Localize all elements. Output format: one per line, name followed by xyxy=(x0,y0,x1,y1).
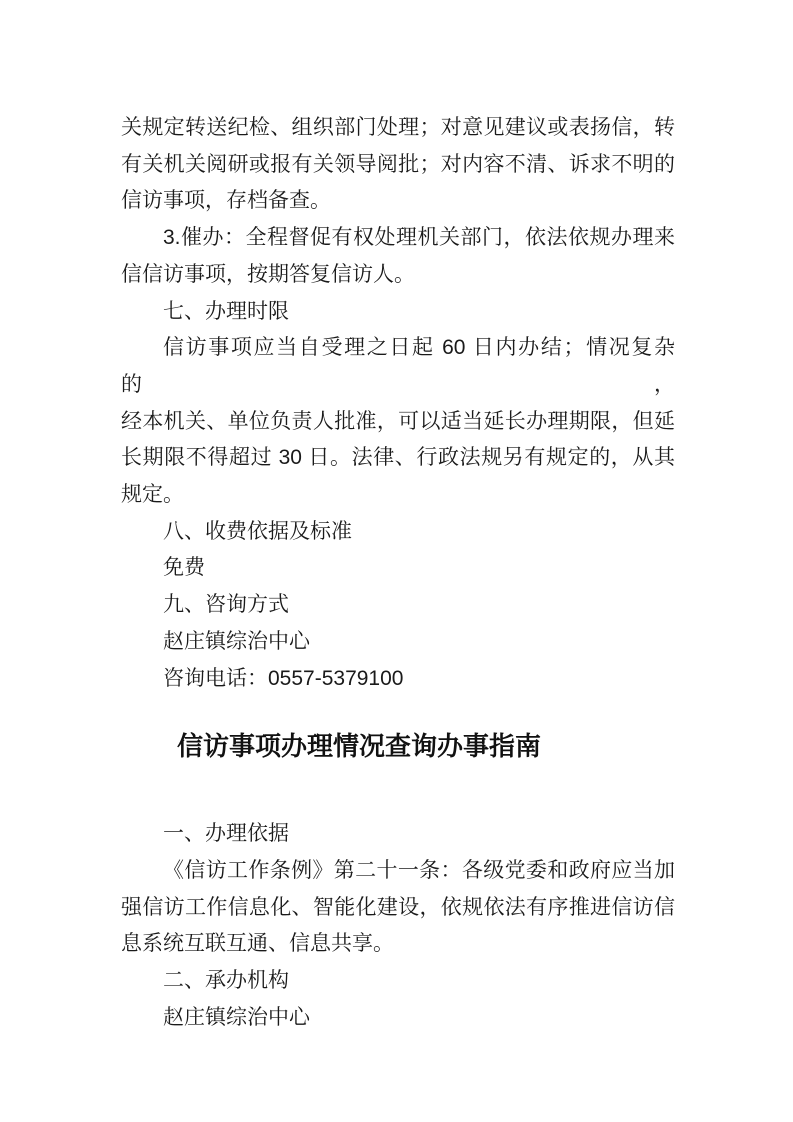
text-line: 二、承办机构 xyxy=(121,963,675,1000)
document-content: 关规定转送纪检、组织部门处理；对意见建议或表扬信，转有关机关阅研或报有关领导阅批… xyxy=(121,110,675,1036)
paragraph: 八、收费依据及标准 xyxy=(121,514,675,551)
paragraph: 九、咨询方式 xyxy=(121,587,675,624)
text-line: 七、办理时限 xyxy=(121,294,675,331)
text-line: 免费 xyxy=(121,550,675,587)
paragraph: 信访事项应当自受理之日起 60 日内办结；情况复杂的，经本机关、单位负责人批准，… xyxy=(121,330,675,514)
text-line: 信信访事项，按期答复信访人。 xyxy=(121,257,675,294)
text-line: 九、咨询方式 xyxy=(121,587,675,624)
paragraph: 免费 xyxy=(121,550,675,587)
paragraph: 二、承办机构 xyxy=(121,963,675,1000)
text-line: 长期限不得超过 30 日。法律、行政法规另有规定的，从其 xyxy=(121,440,675,477)
text-line: 关规定转送纪检、组织部门处理；对意见建议或表扬信，转 xyxy=(121,110,675,147)
paragraph: 《信访工作条例》第二十一条：各级党委和政府应当加强信访工作信息化、智能化建设，依… xyxy=(121,853,675,963)
text-line: 有关机关阅研或报有关领导阅批；对内容不清、诉求不明的 xyxy=(121,147,675,184)
text-line: 赵庄镇综治中心 xyxy=(121,624,675,661)
text-line: 3.催办：全程督促有权处理机关部门，依法依规办理来 xyxy=(121,220,675,257)
paragraph: 一、办理依据 xyxy=(121,816,675,853)
paragraph: 赵庄镇综治中心 xyxy=(121,1000,675,1037)
paragraph: 咨询电话：0557-5379100 xyxy=(121,661,675,698)
text-line: 一、办理依据 xyxy=(121,816,675,853)
paragraph: 关规定转送纪检、组织部门处理；对意见建议或表扬信，转有关机关阅研或报有关领导阅批… xyxy=(121,110,675,220)
text-line: 《信访工作条例》第二十一条：各级党委和政府应当加 xyxy=(121,853,675,890)
text-line: 咨询电话：0557-5379100 xyxy=(121,661,675,698)
text-line: 赵庄镇综治中心 xyxy=(121,1000,675,1037)
document-page: 关规定转送纪检、组织部门处理；对意见建议或表扬信，转有关机关阅研或报有关领导阅批… xyxy=(0,0,793,1122)
paragraph: 赵庄镇综治中心 xyxy=(121,624,675,661)
text-line: 息系统互联互通、信息共享。 xyxy=(121,926,675,963)
paragraph: 3.催办：全程督促有权处理机关部门，依法依规办理来信信访事项，按期答复信访人。 xyxy=(121,220,675,293)
text-line: 信访事项应当自受理之日起 60 日内办结；情况复杂的， xyxy=(121,330,675,403)
text-line: 强信访工作信息化、智能化建设，依规依法有序推进信访信 xyxy=(121,890,675,927)
text-line: 经本机关、单位负责人批准，可以适当延长办理期限，但延 xyxy=(121,404,675,441)
text-line: 八、收费依据及标准 xyxy=(121,514,675,551)
text-line: 规定。 xyxy=(121,477,675,514)
document-title: 信访事项办理情况查询办事指南 xyxy=(121,722,597,770)
paragraph: 七、办理时限 xyxy=(121,294,675,331)
text-line: 信访事项，存档备查。 xyxy=(121,183,675,220)
